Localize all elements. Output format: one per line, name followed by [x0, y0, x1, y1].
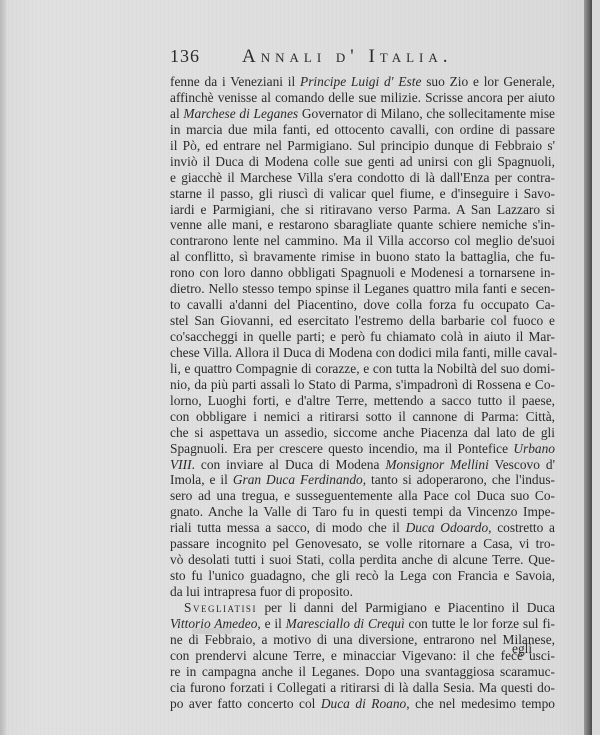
text-run: Governator di Milano, che sollecitamente… [298, 106, 555, 121]
text-line: sero ad una tregua, e susseguentemente a… [170, 488, 555, 504]
text-run: sto fu l'unico guadagno, che gli recò la… [170, 568, 555, 583]
text-run: , tanto si adoperarono, che l'indus- [363, 472, 555, 487]
text-line: il Pò, ed entrare nel Parmigiano. Sul pr… [170, 138, 555, 154]
running-title: Annali d' Italia. [242, 46, 453, 68]
text-line: po aver fatto concerto col Duca di Roano… [170, 696, 555, 712]
italic-name: Gran Duca Ferdinando [233, 472, 363, 487]
text-line: sto fu l'unico guadagno, che gli recò la… [170, 568, 555, 584]
text-run: to cavalli a'danni del Piacentino, dove … [170, 297, 555, 312]
text-line: cia furono forzati i Collegati a ritirar… [170, 680, 555, 696]
text-run: e giacchè il Marchese Villa s'era condot… [170, 170, 555, 185]
text-run: il Pò, ed entrare nel Parmigiano. Sul pr… [170, 138, 555, 153]
text-run: affinchè venisse al comando delle sue mi… [170, 90, 555, 105]
text-line: da lui intrapresa fuor di proposito. [170, 584, 555, 600]
text-line: lorno, Luoghi forti, e d'altre Terre, me… [170, 393, 555, 409]
text-run: riali tutta messa a sacco, di modo che i… [170, 520, 406, 535]
text-run: che si aspettava un assedio, siccome anc… [170, 425, 555, 440]
text-run: suo Zio e lor Generale, [421, 74, 555, 89]
text-run: vò desolati tutti i suoi Stati, colla pe… [170, 552, 555, 567]
text-line: li, e quattro Compagnie di corazze, e co… [170, 361, 555, 377]
book-page: 136 Annali d' Italia. fenne da i Venezia… [0, 0, 592, 735]
text-run: con tutte le lor forze sul fi- [405, 616, 555, 631]
text-run: Imola, e il [170, 472, 233, 487]
italic-name: Duca Odoardo [406, 520, 489, 535]
text-line: che si aspettava un assedio, siccome anc… [170, 425, 555, 441]
text-line: starne il passo, gli riuscì di valicar q… [170, 186, 555, 202]
text-run: rono con loro danno obbligati Spagnuoli … [170, 265, 555, 280]
page-header: 136 Annali d' Italia. [170, 46, 550, 68]
italic-name: Monsignor Mellini [385, 457, 488, 472]
text-run: ne di Febbraio, a motivo di una diversio… [170, 632, 555, 647]
italic-name: Duca di Roano [321, 696, 406, 711]
text-line: al Marchese di Leganes Governator di Mil… [170, 106, 555, 122]
text-run: al [170, 106, 183, 121]
text-line: to cavalli a'danni del Piacentino, dove … [170, 297, 555, 313]
ink-smudge [192, 628, 232, 634]
text-line: Imola, e il Gran Duca Ferdinando, tanto … [170, 472, 555, 488]
text-line: in marcia due mila fanti, ed ottocento c… [170, 122, 555, 138]
text-run: al conflitto, sì bravamente rimise in bu… [170, 249, 555, 264]
page-gutter-edge [0, 0, 6, 735]
text-run: sero ad una tregua, e susseguentemente a… [170, 488, 555, 503]
text-run: lorno, Luoghi forti, e d'altre Terre, me… [170, 393, 555, 408]
text-line: chese Villa. Allora il Duca di Modena co… [170, 345, 555, 361]
text-line: Spagnuoli. Era per crescere questo incen… [170, 441, 555, 457]
text-run: contrarono lente nel cammino. Ma il Vill… [170, 233, 555, 248]
text-line: e giacchè il Marchese Villa s'era condot… [170, 170, 555, 186]
text-run: cia furono forzati i Collegati a ritirar… [170, 680, 555, 695]
text-line: stel San Giovanni, ed esercitato l'estre… [170, 313, 555, 329]
text-run: inviò il Duca di Modena colle sue genti … [170, 154, 555, 169]
text-line: con obbligare i nemici a ritirarsi sotto… [170, 409, 555, 425]
text-run: Spagnuoli. Era per crescere questo incen… [170, 441, 513, 456]
body-text: fenne da i Veneziani il Principe Luigi d… [170, 74, 555, 712]
text-line: passare incognito pel Genovesato, se vol… [170, 536, 555, 552]
text-run: dietro. Nello stesso tempo spinse il Leg… [170, 281, 555, 296]
text-line: venne alle mani, e restarono sbaragliate… [170, 217, 555, 233]
text-line: gnato. Anche la Valle di Taro fu in ques… [170, 504, 555, 520]
text-line: co'saccheggi in quelle parti; e però fu … [170, 329, 555, 345]
text-run: nio, da più parti assalì lo Stato di Par… [170, 377, 555, 392]
text-line: fenne da i Veneziani il Principe Luigi d… [170, 74, 555, 90]
text-run: , costretto a [488, 520, 555, 535]
text-line: re in campagna anche il Leganes. Dopo un… [170, 664, 555, 680]
text-run: per li danni del Parmigiano e Piacentino… [257, 600, 555, 615]
text-run: co'saccheggi in quelle parti; e però fu … [170, 329, 555, 344]
text-run: li, e quattro Compagnie di corazze, e co… [170, 361, 555, 376]
text-run: , e il [257, 616, 285, 631]
text-run: da lui intrapresa fuor di proposito. [170, 584, 353, 599]
text-line: al conflitto, sì bravamente rimise in bu… [170, 249, 555, 265]
text-run: . con inviare al Duca di Modena [192, 457, 386, 472]
text-line: nio, da più parti assalì lo Stato di Par… [170, 377, 555, 393]
text-run: gnato. Anche la Valle di Taro fu in ques… [170, 504, 555, 519]
text-run: stel San Giovanni, ed esercitato l'estre… [170, 313, 555, 328]
page-right-edge-shadow [584, 0, 592, 735]
text-run: fenne da i Veneziani il [170, 74, 300, 89]
text-run: iardi e Parmigiani, che si ritiravano ve… [170, 202, 555, 217]
small-caps-lead: Svegliatisi [184, 600, 257, 615]
italic-name: Urbano [513, 441, 555, 456]
text-line: rono con loro danno obbligati Spagnuoli … [170, 265, 555, 281]
text-run: con obbligare i nemici a ritirarsi sotto… [170, 409, 555, 424]
text-run: po aver fatto concerto col [170, 696, 321, 711]
text-line: ne di Febbraio, a motivo di una diversio… [170, 632, 555, 648]
text-line: riali tutta messa a sacco, di modo che i… [170, 520, 555, 536]
text-run: starne il passo, gli riuscì di valicar q… [170, 186, 555, 201]
text-run: in marcia due mila fanti, ed ottocento c… [170, 122, 555, 137]
text-run: re in campagna anche il Leganes. Dopo un… [170, 664, 555, 679]
text-line: dietro. Nello stesso tempo spinse il Leg… [170, 281, 555, 297]
italic-name: Maresciallo di Crequì [286, 616, 405, 631]
text-line: Svegliatisi per li danni del Parmigiano … [170, 600, 555, 616]
text-run: passare incognito pel Genovesato, se vol… [170, 536, 555, 551]
text-run: con prendervi alcune Terre, e minacciar … [170, 648, 555, 663]
text-run: chese Villa. Allora il Duca di Modena co… [170, 345, 557, 360]
text-run: , che nel medesimo tempo [406, 696, 555, 711]
italic-name: VIII [170, 457, 192, 472]
text-line: contrarono lente nel cammino. Ma il Vill… [170, 233, 555, 249]
text-run: Vescovo d' [489, 457, 555, 472]
catchword: egli [512, 641, 532, 657]
text-line: VIII. con inviare al Duca di Modena Mons… [170, 457, 555, 473]
page-number: 136 [170, 46, 200, 67]
text-line: iardi e Parmigiani, che si ritiravano ve… [170, 202, 555, 218]
italic-name: Principe Luigi d' Este [300, 74, 421, 89]
italic-name: Marchese di Leganes [183, 106, 298, 121]
text-run: venne alle mani, e restarono sbaragliate… [170, 217, 555, 232]
text-line: affinchè venisse al comando delle sue mi… [170, 90, 555, 106]
text-line: inviò il Duca di Modena colle sue genti … [170, 154, 555, 170]
text-line: con prendervi alcune Terre, e minacciar … [170, 648, 555, 664]
text-line: vò desolati tutti i suoi Stati, colla pe… [170, 552, 555, 568]
